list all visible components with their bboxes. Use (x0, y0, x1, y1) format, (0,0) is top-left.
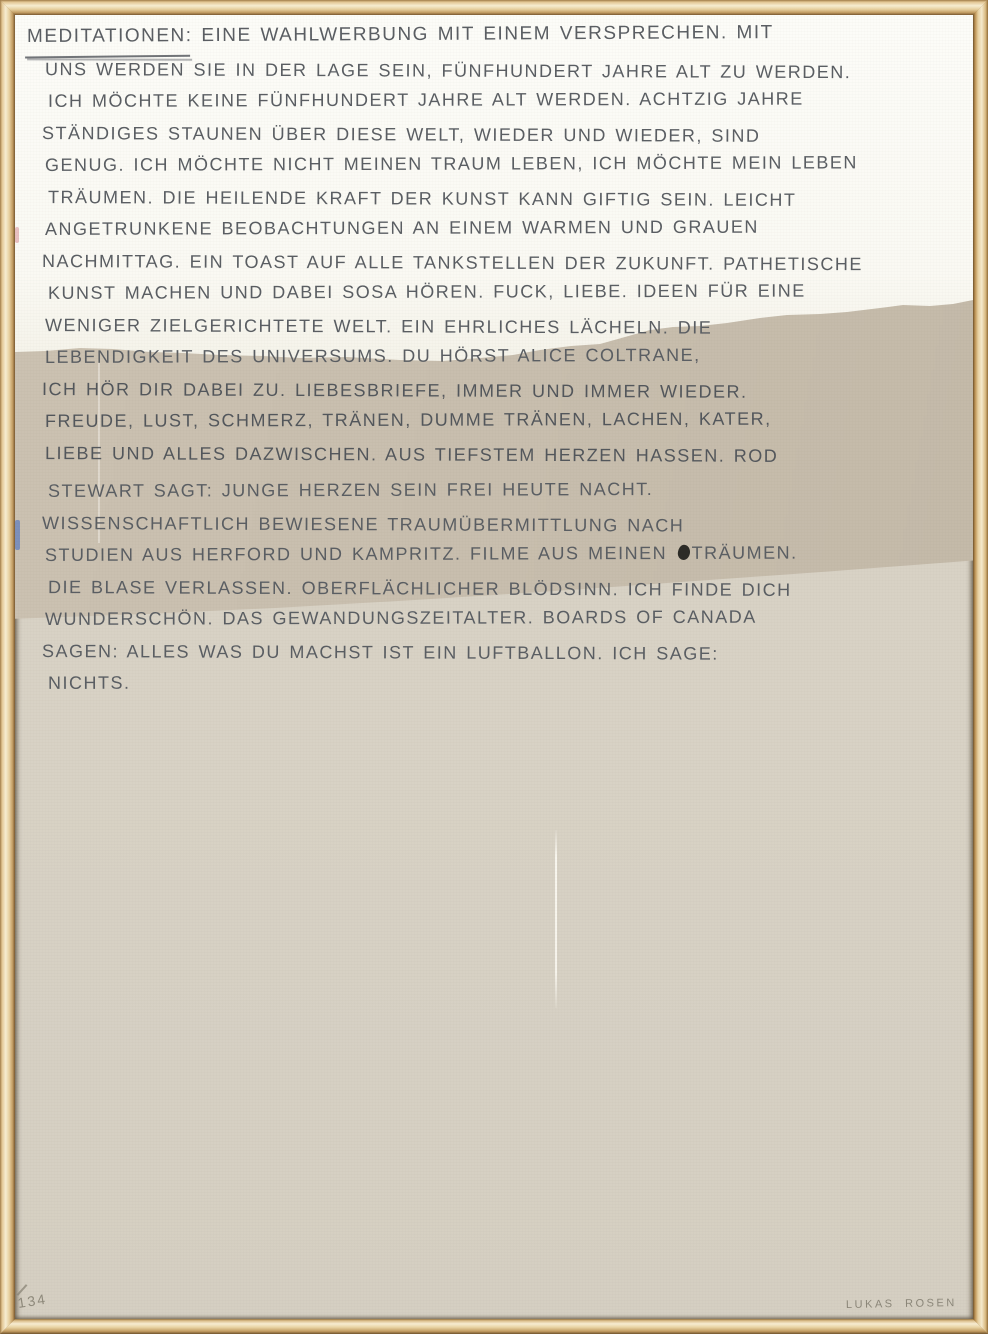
ink-blot-mark (676, 543, 692, 561)
text-line: GENUG. ICH MÖCHTE NICHT MEINEN TRAUM LEB… (27, 146, 967, 181)
text-line-segment: STUDIEN AUS HERFORD UND KAMPRITZ. FILME … (45, 543, 676, 565)
white-scratch-mark (555, 830, 557, 1008)
frame-bottom-rail (0, 1319, 988, 1334)
edition-number: 134 (16, 1291, 48, 1311)
text-line: LEBENDIGKEIT DES UNIVERSUMS. DU HÖRST AL… (27, 338, 967, 373)
artwork-title: MEDITATIONEN (27, 20, 186, 53)
text-line: ICH MÖCHTE KEINE FÜNFHUNDERT JAHRE ALT W… (27, 82, 967, 117)
text-line-segment: TRÄUMEN. (692, 543, 798, 563)
frame-top-rail (0, 0, 988, 15)
frame-left-rail (0, 0, 15, 1334)
text-line: KUNST MACHEN UND DABEI SOSA HÖREN. FUCK,… (27, 274, 967, 309)
artist-signature: LUKAS ROSEN (846, 1297, 957, 1311)
text-line: LIEBE UND ALLES DAZWISCHEN. AUS TIEFSTEM… (27, 437, 967, 473)
frame-right-rail (973, 0, 988, 1334)
text-line: ANGETRUNKENE BEOBACHTUNGEN AN EINEM WARM… (27, 210, 967, 245)
canvas: MEDITATIONEN: EINE WAHLWERBUNG MIT EINEM… (15, 15, 973, 1319)
text-line: STEWART SAGT: JUNGE HERZEN SEIN FREI HEU… (27, 472, 967, 507)
text-line: WUNDERSCHÖN. DAS GEWANDUNGSZEITALTER. BO… (27, 600, 967, 635)
text-line: FREUDE, LUST, SCHMERZ, TRÄNEN, DUMME TRÄ… (27, 402, 967, 437)
title-line-rest: : EINE WAHLWERBUNG MIT EINEM VERSPRECHEN… (186, 22, 774, 46)
wooden-frame: MEDITATIONEN: EINE WAHLWERBUNG MIT EINEM… (0, 0, 988, 1334)
blue-paint-mark (15, 520, 20, 550)
pink-paint-mark (15, 227, 19, 243)
text-line: STUDIEN AUS HERFORD UND KAMPRITZ. FILME … (27, 536, 967, 571)
text-line: NICHTS. (27, 664, 967, 699)
text-line-title: MEDITATIONEN: EINE WAHLWERBUNG MIT EINEM… (27, 16, 967, 53)
handwritten-text: MEDITATIONEN: EINE WAHLWERBUNG MIT EINEM… (27, 21, 967, 699)
